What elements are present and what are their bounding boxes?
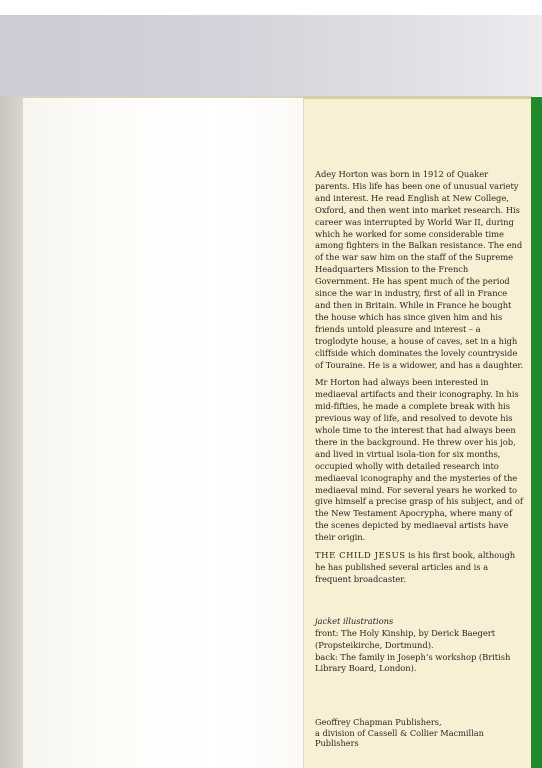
page-edge-strip [0,96,23,768]
jacket-flap: Adey Horton was born in 1912 of Quaker p… [303,96,532,768]
scanner-background [0,15,542,96]
bio-paragraph-1: Adey Horton was born in 1912 of Quaker p… [315,169,525,371]
closing-paragraph: THE CHILD JESUS is his first book, altho… [315,550,525,586]
jacket-illustrations-heading: jacket illustrations [315,616,525,628]
front-illustration-credit: front: The Holy Kinship, by Derick Baege… [315,628,525,652]
flap-text: Adey Horton was born in 1912 of Quaker p… [315,169,525,675]
cover-green-edge [531,97,542,768]
blank-endpaper [23,96,303,768]
publisher-name: Geoffrey Chapman Publishers, [315,717,530,728]
publisher-imprint: Geoffrey Chapman Publishers, a division … [315,717,530,749]
jacket-illustrations: jacket illustrations front: The Holy Kin… [315,616,525,676]
back-illustration-credit: back: The family in Joseph’s workshop (B… [315,652,525,676]
publisher-division: a division of Cassell & Collier Macmilla… [315,728,530,749]
book-title: THE CHILD JESUS [315,550,406,560]
bio-paragraph-2: Mr Horton had always been interested in … [315,377,525,544]
